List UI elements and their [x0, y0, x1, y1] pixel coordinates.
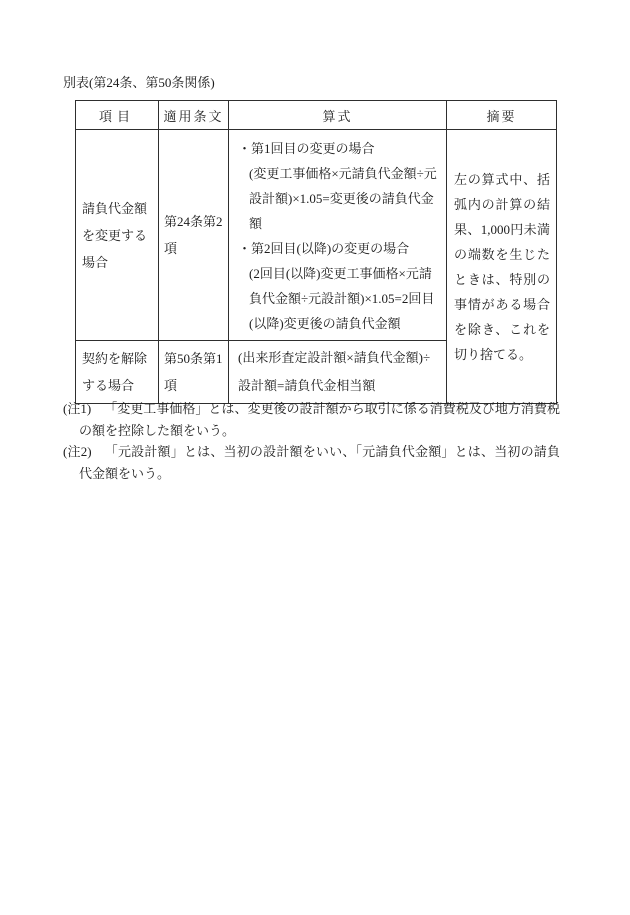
table-row-change-contract-price: 請負代金額を変更する場合 第24条第2項 ・第1回目の変更の場合 (変更工事価格… — [76, 130, 557, 341]
note-1: (注1)「変更工事価格」とは、変更後の設計額から取引に係る消費税及び地方消費税の… — [63, 398, 560, 441]
column-header-formula: 算式 — [229, 101, 447, 130]
article-cell-change: 第24条第2項 — [159, 130, 229, 341]
note-2-text: 「元設計額」とは、当初の設計額をいい、「元請負代金額」とは、当初の請負代金額をい… — [79, 444, 560, 481]
remark-cell: 左の算式中、括弧内の計算の結果、1,000円未満の端数を生じたときは、特別の事情… — [447, 130, 557, 404]
appendix-table: 項目 適用条文 算式 摘要 請負代金額を変更する場合 第24条第2項 ・第1回目… — [75, 100, 557, 404]
formula-cell-change: ・第1回目の変更の場合 (変更工事価格×元請負代金額÷元設計額)×1.05=変更… — [229, 130, 447, 341]
formula-case-label: ・第1回目の変更の場合 — [238, 136, 440, 161]
formula-expression: (2回目(以降)変更工事価格×元請負代金額÷元設計額)×1.05=2回目(以降)… — [238, 261, 440, 336]
formula-expression: (変更工事価格×元請負代金額÷元設計額)×1.05=変更後の請負代金額 — [238, 161, 440, 236]
document-page: 別表(第24条、第50条関係) 項目 適用条文 算式 摘要 請負代金額を変更する… — [0, 0, 630, 915]
column-header-remark: 摘要 — [447, 101, 557, 130]
note-1-label: (注1) — [63, 401, 91, 416]
article-cell-cancel: 第50条第1項 — [159, 341, 229, 404]
notes-section: (注1)「変更工事価格」とは、変更後の設計額から取引に係る消費税及び地方消費税の… — [63, 398, 560, 484]
formula-case-label: ・第2回目(以降)の変更の場合 — [238, 236, 440, 261]
item-cell-change: 請負代金額を変更する場合 — [76, 130, 159, 341]
table-header-row: 項目 適用条文 算式 摘要 — [76, 101, 557, 130]
note-2: (注2)「元設計額」とは、当初の設計額をいい、「元請負代金額」とは、当初の請負代… — [63, 441, 560, 484]
note-1-text: 「変更工事価格」とは、変更後の設計額から取引に係る消費税及び地方消費税の額を控除… — [79, 401, 560, 438]
column-header-item: 項目 — [76, 101, 159, 130]
formula-later-change: ・第2回目(以降)の変更の場合 (2回目(以降)変更工事価格×元請負代金額÷元設… — [238, 236, 440, 336]
column-header-article: 適用条文 — [159, 101, 229, 130]
formula-first-change: ・第1回目の変更の場合 (変更工事価格×元請負代金額÷元設計額)×1.05=変更… — [238, 136, 440, 236]
formula-cell-cancel: (出来形査定設計額×請負代金額)÷設計額=請負代金相当額 — [229, 341, 447, 404]
note-2-label: (注2) — [63, 444, 92, 459]
item-cell-cancel: 契約を解除する場合 — [76, 341, 159, 404]
page-title: 別表(第24条、第50条関係) — [63, 74, 215, 92]
